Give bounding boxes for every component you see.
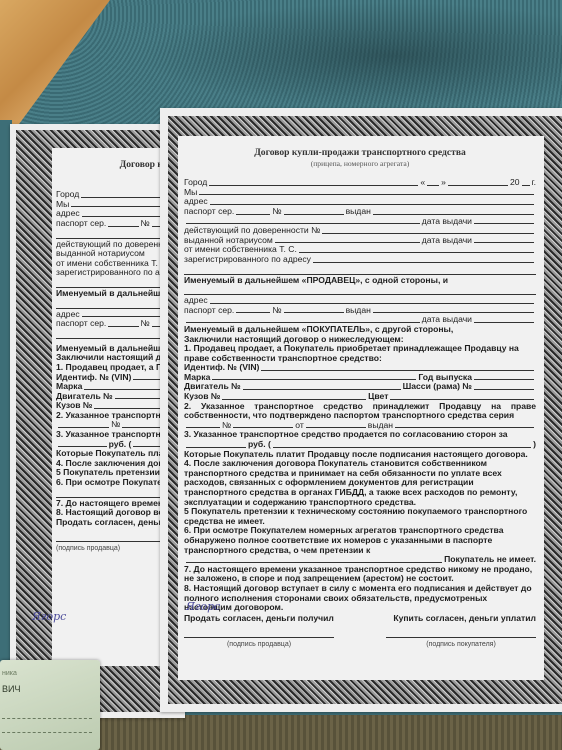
contract-title: Договор купли-продажи транспортного сред… <box>184 148 536 158</box>
contract-subtitle: (прицепа, номерного агрегата) <box>184 159 536 169</box>
card-label: ника <box>2 670 17 677</box>
clause-3: 3. Указанное транспортное средство прода… <box>184 430 536 440</box>
city-date-field: Город «» 20г. <box>184 178 536 188</box>
seller-signature-caption-back: (подпись продавца) <box>56 541 176 554</box>
clause-1: 1. Продавец продает, а Покупатель приобр… <box>184 344 536 363</box>
card-value: ВИЧ <box>2 684 20 694</box>
green-document-card: ника ВИЧ <box>0 660 100 750</box>
clause-6: 6. При осмотре Покупателем номерных агре… <box>184 526 536 555</box>
clause-4: 4. После заключения договора Покупатель … <box>184 459 536 507</box>
clause-5: 5 Покупатель претензии к техническому со… <box>184 507 536 526</box>
buyer-signature-caption: (подпись покупателя) <box>386 637 536 650</box>
clause-7: 7. До настоящего времени указанное транс… <box>184 565 536 584</box>
buyer-agreement: Купить согласен, деньги уплатил <box>393 614 536 624</box>
clause-8: 8. Настоящий договор вступает в силу с м… <box>184 584 536 613</box>
seller-agreement: Продать согласен, деньги получил <box>184 614 334 624</box>
seller-handwritten-signature-back: Ягорс <box>32 610 66 623</box>
clause-2: 2. Указанное транспортное средство прина… <box>184 402 536 421</box>
seller-signature-caption: (подпись продавца) <box>184 637 334 650</box>
back-contract-sheet: Договор купли (пр Город Мы адрес паспорт… <box>10 124 185 718</box>
signature-agreements: Продать согласен, деньги получил Купить … <box>184 614 536 624</box>
front-contract-sheet: Договор купли-продажи транспортного сред… <box>160 108 562 712</box>
seller-handwritten-signature: Ягорс <box>186 600 220 613</box>
front-contract-text: Договор купли-продажи транспортного сред… <box>184 148 536 650</box>
seller-designation: Именуемый в дальнейшем «ПРОДАВЕЦ», с одн… <box>184 276 536 286</box>
